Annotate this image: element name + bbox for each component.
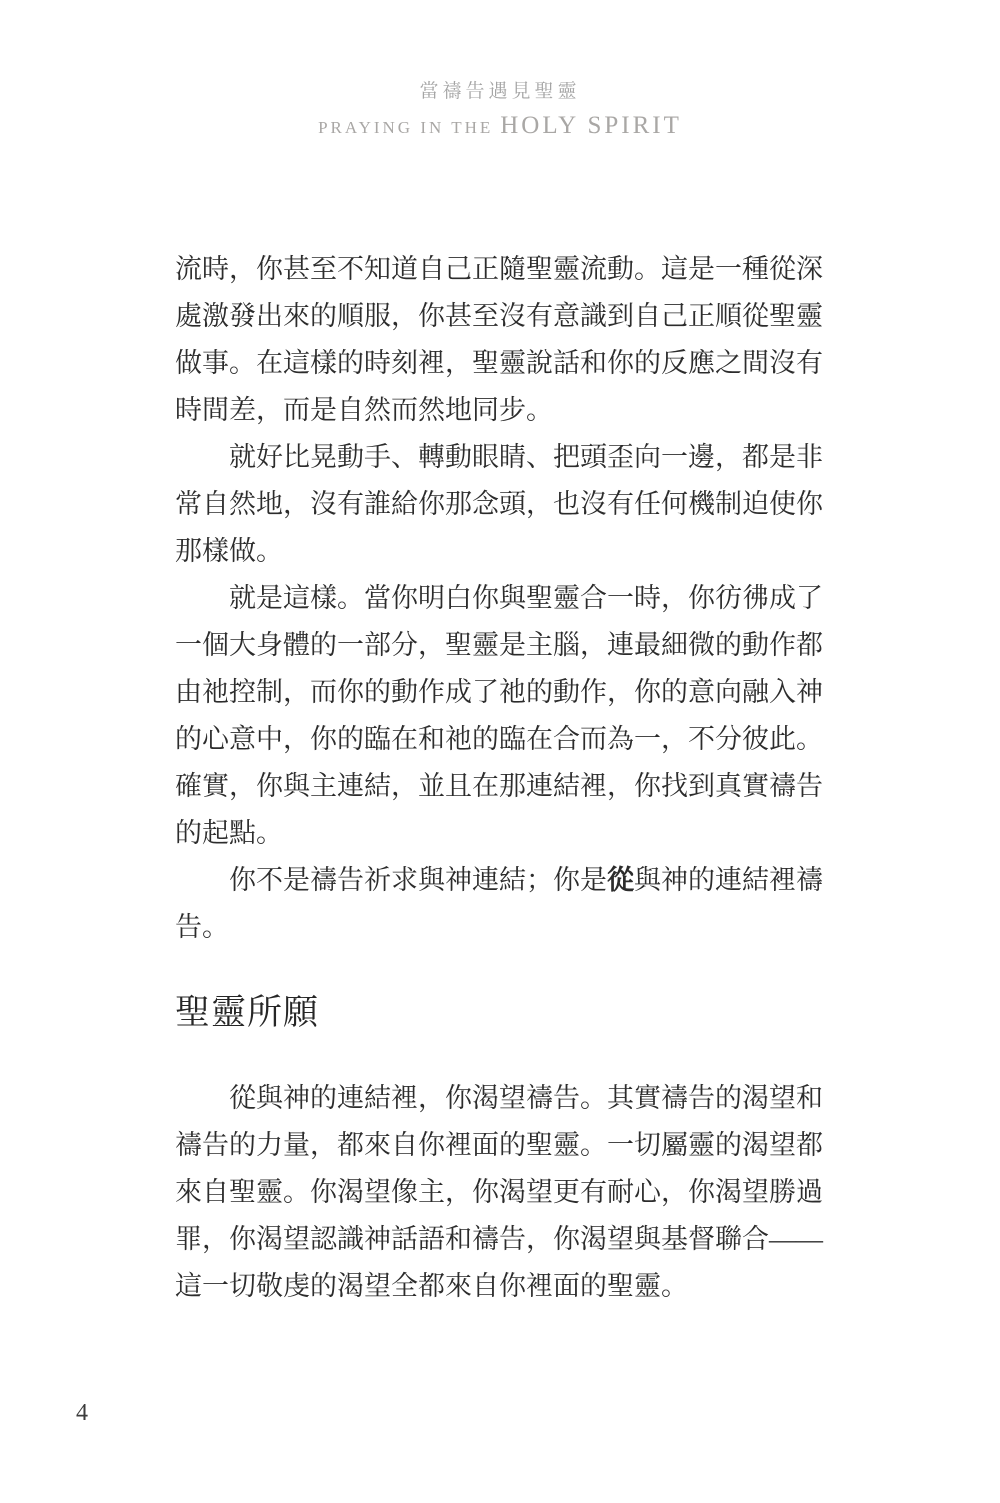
- book-title-english-large: HOLY SPIRIT: [500, 112, 682, 139]
- paragraph-4-pre: 你不是禱告祈求與神連結；你是: [229, 865, 607, 895]
- book-page: 當禱告遇見聖靈 PRAYING IN THE HOLY SPIRIT 流時，你甚…: [0, 0, 1000, 1503]
- book-title-english: PRAYING IN THE HOLY SPIRIT: [0, 112, 1000, 140]
- paragraph-4-emphasis: 從: [607, 865, 634, 895]
- section-heading: 聖靈所願: [175, 987, 823, 1039]
- paragraph-4: 你不是禱告祈求與神連結；你是從與神的連結裡禱告。: [175, 857, 823, 951]
- paragraph-1: 流時，你甚至不知道自己正隨聖靈流動。這是一種從深處激發出來的順服，你甚至沒有意識…: [175, 246, 823, 434]
- paragraph-2: 就好比晃動手、轉動眼睛、把頭歪向一邊，都是非常自然地，沒有誰給你那念頭，也沒有任…: [175, 434, 823, 575]
- paragraph-3: 就是這樣。當你明白你與聖靈合一時，你彷彿成了一個大身體的一部分，聖靈是主腦，連最…: [175, 575, 823, 857]
- paragraph-5: 從與神的連結裡，你渴望禱告。其實禱告的渴望和禱告的力量，都來自你裡面的聖靈。一切…: [175, 1075, 823, 1310]
- running-head: 當禱告遇見聖靈 PRAYING IN THE HOLY SPIRIT: [0, 0, 1000, 140]
- book-title-chinese: 當禱告遇見聖靈: [0, 76, 1000, 103]
- book-title-english-small: PRAYING IN THE: [318, 118, 493, 137]
- page-number: 4: [76, 1400, 88, 1427]
- body-text: 流時，你甚至不知道自己正隨聖靈流動。這是一種從深處激發出來的順服，你甚至沒有意識…: [175, 246, 823, 1310]
